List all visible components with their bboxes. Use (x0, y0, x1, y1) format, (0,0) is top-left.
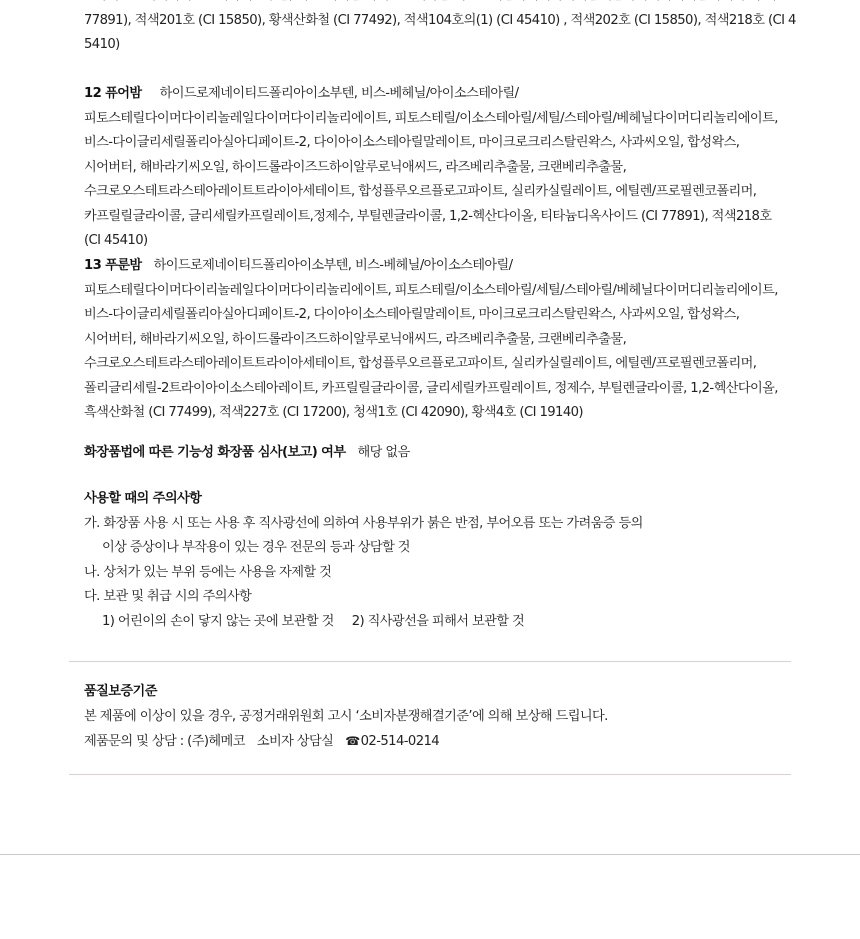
precaution-item-da: 다. 보관 및 취급 시의 주의사항 (84, 585, 779, 610)
functional-review-value: 해당 없음 (357, 445, 409, 460)
inquiry-row: 제품문의 및 상담 : (주)헤메코소비자 상담실☎02-514-0214 (84, 729, 779, 755)
precaution-item-ga: 가. 화장품 사용 시 또는 사용 후 직사광선에 의하여 사용부위가 붉은 반… (84, 512, 779, 537)
footer-divider (0, 854, 860, 855)
prev-ingredients-line: 5410) (84, 33, 779, 58)
precaution-item-ga-cont: 이상 증상이나 부작용이 있는 경우 전문의 등과 상담할 것 (84, 536, 779, 561)
product-info-page: ...하이드로제네이티드폴리아이소부텐, 비스-베헤닐/아이소스테아릴/피토스테… (0, 0, 860, 939)
shade-13-ingredients: 13 푸룬밤하이드로제네이티드폴리아이소부텐, 비스-베헤닐/아이소스테아릴/피… (84, 254, 779, 426)
section-divider (69, 774, 791, 775)
shade-12-label: 12 퓨어밤 (84, 86, 142, 101)
prev-shade-ingredients: ...하이드로제네이티드폴리아이소부텐, 비스-베헤닐/아이소스테아릴/피토스테… (84, 0, 779, 58)
precaution-da-1: 1) 어린이의 손이 닿지 않는 곳에 보관할 것 (102, 614, 334, 629)
precaution-item-da-subitems: 1) 어린이의 손이 닿지 않는 곳에 보관할 것2) 직사광선을 피해서 보관… (84, 610, 779, 635)
quality-guarantee-section: 품질보증기준 본 제품에 이상이 있을 경우, 공정거래위원회 고시 ‘소비자분… (84, 680, 779, 755)
phone-icon: ☎ (345, 734, 359, 748)
shade-13-label: 13 푸룬밤 (84, 258, 142, 273)
precaution-item-na: 나. 상처가 있는 부위 등에는 사용을 자제할 것 (84, 561, 779, 586)
shade-12-ingredient-list: 하이드로제네이티드폴리아이소부텐, 비스-베헤닐/아이소스테아릴/피토스테릴다이… (84, 86, 778, 248)
prev-ingredients-cut-line: ...하이드로제네이티드폴리아이소부텐, 비스-베헤닐/아이소스테아릴/피토스테… (84, 0, 779, 9)
quality-statement: 본 제품에 이상이 있을 경우, 공정거래위원회 고시 ‘소비자분쟁해결기준’에… (84, 705, 779, 730)
inquiry-label: 제품문의 및 상담 : (주)헤메코 (84, 734, 245, 749)
functional-review-label: 화장품법에 따른 기능성 화장품 심사(보고) 여부 (84, 445, 345, 460)
shade-12-ingredients: 12 퓨어밤하이드로제네이티드폴리아이소부텐, 비스-베헤닐/아이소스테아릴/피… (84, 82, 779, 254)
functional-review-row: 화장품법에 따른 기능성 화장품 심사(보고) 여부해당 없음 (84, 441, 779, 466)
precautions-section: 사용할 때의 주의사항 가. 화장품 사용 시 또는 사용 후 직사광선에 의하… (84, 487, 779, 634)
precaution-da-2: 2) 직사광선을 피해서 보관할 것 (352, 614, 524, 629)
quality-title: 품질보증기준 (84, 680, 779, 705)
consumer-center-label: 소비자 상담실 (257, 734, 333, 749)
precautions-title: 사용할 때의 주의사항 (84, 487, 779, 512)
phone-number[interactable]: 02-514-0214 (361, 734, 439, 749)
prev-ingredients-line: 77891), 적색201호 (CI 15850), 황색산화철 (CI 774… (84, 9, 779, 34)
section-divider (69, 661, 791, 662)
shade-13-ingredient-list: 하이드로제네이티드폴리아이소부텐, 비스-베헤닐/아이소스테아릴/피토스테릴다이… (84, 258, 778, 420)
